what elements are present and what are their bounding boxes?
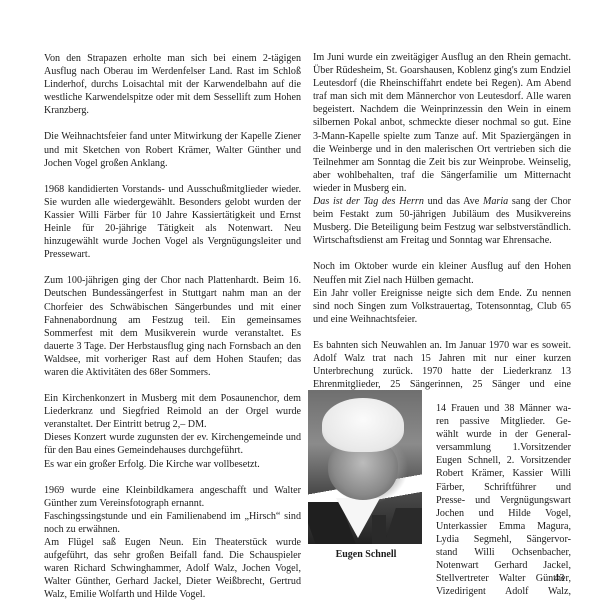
- paragraph-carnival: Faschingssingstunde und ein Familienaben…: [44, 510, 301, 536]
- wrap-line: 14 Frauen und 38 Männer wa-: [436, 402, 571, 415]
- paragraph-excursion-oberau: Von den Strapazen erholte man sich bei e…: [44, 52, 301, 117]
- paragraph-100-year-jubilee: Zum 100-jährigen ging der Chor nach Plat…: [44, 274, 301, 379]
- wrap-line: Färber, Schriftführer und: [436, 481, 571, 494]
- page-number: 43: [554, 573, 565, 584]
- wrap-line: versammlung 1.Vorsitzender: [436, 441, 571, 454]
- wrap-line: Stellvertreter Walter Günther,: [436, 572, 571, 585]
- wrap-line: stand Willi Ochsenbacher,: [436, 546, 571, 559]
- wrap-line: Jochen und Hilde Vogel,: [436, 507, 571, 520]
- wrap-line: Unterkassier Emma Magura,: [436, 520, 571, 533]
- song-title-maria: Maria: [483, 196, 508, 207]
- wrapped-election-text: 14 Frauen und 38 Männer wa- ren passive …: [436, 402, 571, 598]
- paragraph-christmas-party: Die Weihnachtsfeier fand unter Mitwirkun…: [44, 130, 301, 169]
- block-1969: 1969 wurde eine Kleinbildkamera angescha…: [44, 484, 301, 600]
- paragraph-concert-purpose: Dieses Konzert wurde zugunsten der ev. K…: [44, 431, 301, 457]
- wrap-line: Presse- und Vergnügungswart: [436, 494, 571, 507]
- paragraph-hohen-neuffen: Noch im Oktober wurde ein kleiner Ausflu…: [313, 260, 571, 286]
- portrait-photo: [308, 390, 422, 544]
- paragraph-year-end: Ein Jahr voller Ereignisse neigte sich d…: [313, 287, 571, 326]
- right-column: Im Juni wurde ein zweitägiger Ausflug an…: [313, 51, 571, 404]
- october-block: Noch im Oktober wurde ein kleiner Ausflu…: [313, 260, 571, 325]
- wrap-line: Robert Krämer, Kassier Willi: [436, 467, 571, 480]
- wrap-line: Notenwart Gerhard Jackel,: [436, 559, 571, 572]
- wrap-line: ren passive Mitglieder. Ge-: [436, 415, 571, 428]
- concert-block: Ein Kirchenkonzert in Musberg mit dem Po…: [44, 392, 301, 471]
- song-title-tag-des-herrn: Das ist der Tag des Herrn: [313, 196, 424, 207]
- paragraph-camera: 1969 wurde eine Kleinbildkamera angescha…: [44, 484, 301, 510]
- wrap-line: Vizedirigent Adolf Walz,: [436, 585, 571, 598]
- paragraph-church-concert: Ein Kirchenkonzert in Musberg mit dem Po…: [44, 392, 301, 431]
- portrait-figure: Eugen Schnell: [308, 390, 424, 560]
- paragraph-concert-success: Es war ein großer Erfolg. Die Kirche war…: [44, 458, 301, 471]
- wrap-line: wählt wurde in der General-: [436, 428, 571, 441]
- paragraph-1968-elections: 1968 kandidierten Vorstands- und Ausschu…: [44, 183, 301, 262]
- left-column: Von den Strapazen erholte man sich bei e…: [44, 52, 301, 600]
- wrap-line: Lydia Segmehl, Sängervor-: [436, 533, 571, 546]
- paragraph-theater: Am Flügel saß Eugen Neun. Ein Theaterstü…: [44, 536, 301, 600]
- wrap-line: Eugen Schnell, 2. Vorsitzender: [436, 454, 571, 467]
- photo-caption: Eugen Schnell: [308, 549, 424, 560]
- paragraph-rhine-excursion: Im Juni wurde ein zweitägiger Ausflug an…: [313, 51, 571, 247]
